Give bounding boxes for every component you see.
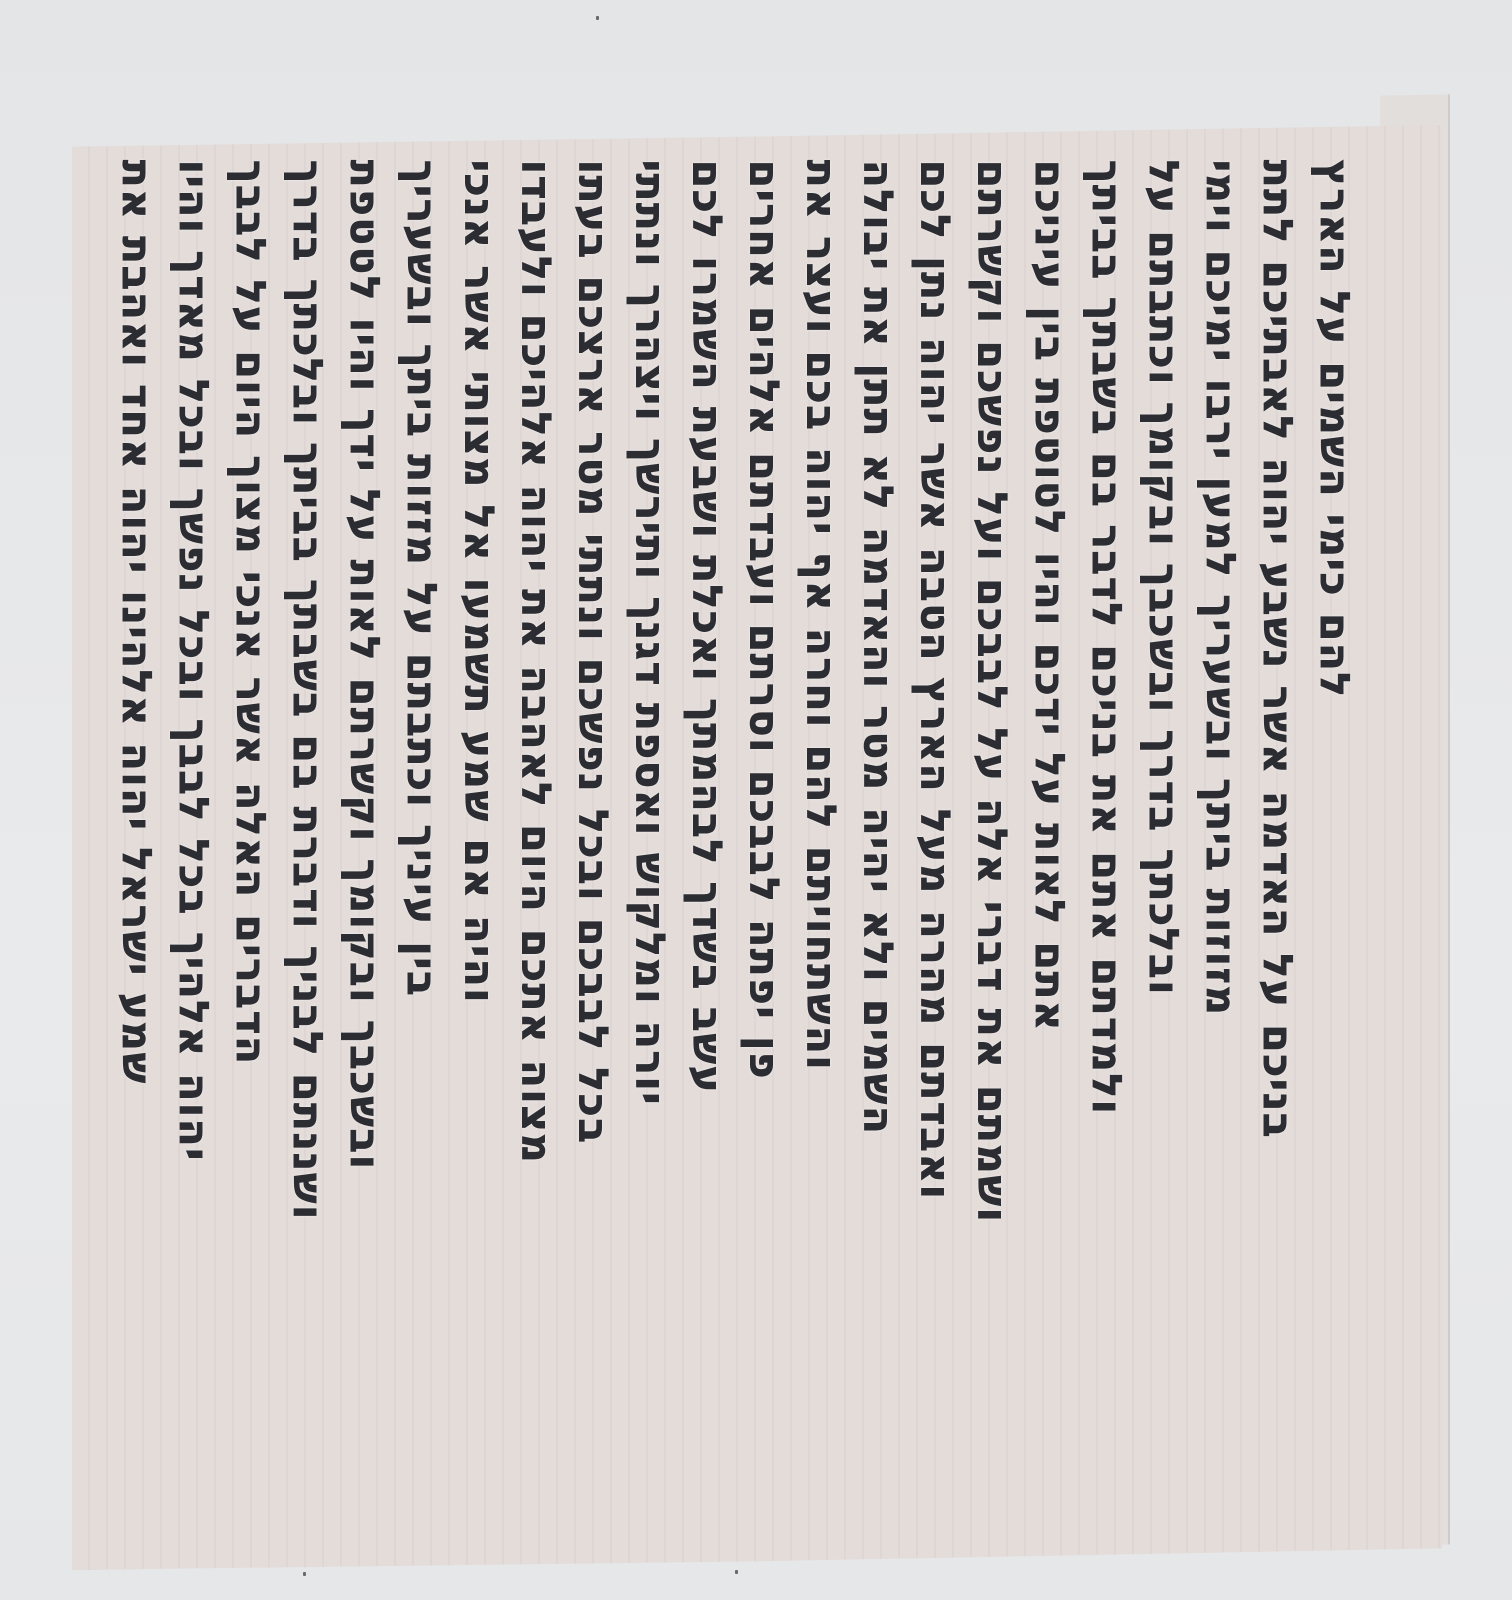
scroll-line: ולמדתם אתם את בניכם לדבר בם בשבתך בביתך: [1080, 160, 1132, 1520]
scroll-line: בין עיניך וכתבתם על מזזות ביתך ובשעריך: [395, 160, 447, 1520]
line-text: הדברים האלה אשר אנכי מצוך היום על לבבך: [224, 160, 276, 1066]
line-text: ושננתם לבניך ודברת בם בשבתך בביתך ובלכתך…: [281, 160, 333, 1221]
scroll-text: שמע ישראל יהוה אלהינו יהוה אחד ואהבת את …: [110, 160, 1360, 1520]
scroll-line: בניכם על האדמה אשר נשבע יהוה לאבתיכם לתת: [1251, 160, 1303, 1520]
scroll-line: ושמתם את דברי אלה על לבבכם ועל נפשכם וקש…: [966, 160, 1018, 1520]
line-text: ולמדתם אתם את בניכם לדבר בם בשבתך בביתך: [1080, 160, 1132, 1116]
line-text: אתם לאות על ידכם והיו לטוטפת בין עיניכם: [1023, 160, 1075, 1032]
scroll-line: מצוה אתכם היום לאהבה את יהוה אלהיכם ולעב…: [509, 160, 561, 1520]
scroll-line: בכל לבבכם ובכל נפשכם ונתתי מטר ארצכם בעת…: [566, 160, 618, 1520]
scroll-line: יורה ומלקוש ואספת דגנך ותירשך ויצהרך ונת…: [623, 160, 675, 1520]
scroll-line: והשתחויתם להם וחרה אף יהוה בכם ועצר את: [795, 160, 847, 1520]
dust-speck: [596, 16, 599, 20]
line-text: והיה אם שמע תשמעו אל מצותי אשר אנכי: [452, 160, 504, 1004]
dust-speck: [735, 1570, 738, 1574]
scroll-line: שמע ישראל יהוה אלהינו יהוה אחד ואהבת את: [110, 160, 162, 1520]
line-text: עשב בשדך לבהמתך ואכלת ושבעת השמרו לכם: [680, 160, 732, 1094]
line-text: בין עיניך וכתבתם על מזזות ביתך ובשעריך: [395, 160, 447, 998]
line-text: שמע ישראל יהוה אלהינו יהוה אחד ואהבת את: [110, 160, 162, 1085]
scroll-line: להם כימי השמים על הארץ: [1308, 160, 1360, 1520]
line-text: בניכם על האדמה אשר נשבע יהוה לאבתיכם לתת: [1251, 160, 1303, 1139]
dust-speck: [303, 1572, 306, 1576]
line-text: יהוה אלהיך בכל לבבך ובכל נפשך ובכל מאדך …: [167, 160, 219, 1162]
scroll-line: ואבדתם מהרה מעל הארץ הטבה אשר יהוה נתן ל…: [909, 160, 961, 1520]
line-text: השמים ולא יהיה מטר והאדמה לא תתן את יבול…: [852, 160, 904, 1136]
line-text: יורה ומלקוש ואספת דגנך ותירשך ויצהרך ונת…: [623, 160, 675, 1106]
scroll-line: אתם לאות על ידכם והיו לטוטפת בין עיניכם: [1023, 160, 1075, 1520]
line-text: להם כימי השמים על הארץ: [1308, 160, 1360, 699]
scroll-line: יהוה אלהיך בכל לבבך ובכל נפשך ובכל מאדך …: [167, 160, 219, 1520]
line-text: והשתחויתם להם וחרה אף יהוה בכם ועצר את: [795, 160, 847, 1071]
scroll-line: והיה אם שמע תשמעו אל מצותי אשר אנכי: [452, 160, 504, 1520]
line-text: ובשכבך ובקומך וקשרתם לאות על ידך והיו לט…: [338, 160, 390, 1171]
scroll-line: עשב בשדך לבהמתך ואכלת ושבעת השמרו לכם: [680, 160, 732, 1520]
line-text: ושמתם את דברי אלה על לבבכם ועל נפשכם וקש…: [966, 160, 1018, 1224]
line-text: פן יפתה לבבכם וסרתם ועבדתם אלהים אחרים: [738, 160, 790, 1080]
line-text: מזוזות ביתך ובשעריך למען ירבו ימיכם וימי: [1194, 160, 1246, 1017]
scroll-line: ושננתם לבניך ודברת בם בשבתך בביתך ובלכתך…: [281, 160, 333, 1520]
scroll-line: השמים ולא יהיה מטר והאדמה לא תתן את יבול…: [852, 160, 904, 1520]
line-text: ובלכתך בדרך ובשכבך ובקומך וכתבתם על: [1137, 160, 1189, 996]
scroll-line: פן יפתה לבבכם וסרתם ועבדתם אלהים אחרים: [738, 160, 790, 1520]
line-text: ואבדתם מהרה מעל הארץ הטבה אשר יהוה נתן ל…: [909, 160, 961, 1201]
line-text: מצוה אתכם היום לאהבה את יהוה אלהיכם ולעב…: [509, 160, 561, 1164]
scroll-line: מזוזות ביתך ובשעריך למען ירבו ימיכם וימי: [1194, 160, 1246, 1520]
line-text: בכל לבבכם ובכל נפשכם ונתתי מטר ארצכם בעת…: [566, 160, 618, 1145]
scroll-line: ובשכבך ובקומך וקשרתם לאות על ידך והיו לט…: [338, 160, 390, 1520]
scroll-line: הדברים האלה אשר אנכי מצוך היום על לבבך: [224, 160, 276, 1520]
scroll-line: ובלכתך בדרך ובשכבך ובקומך וכתבתם על: [1137, 160, 1189, 1520]
